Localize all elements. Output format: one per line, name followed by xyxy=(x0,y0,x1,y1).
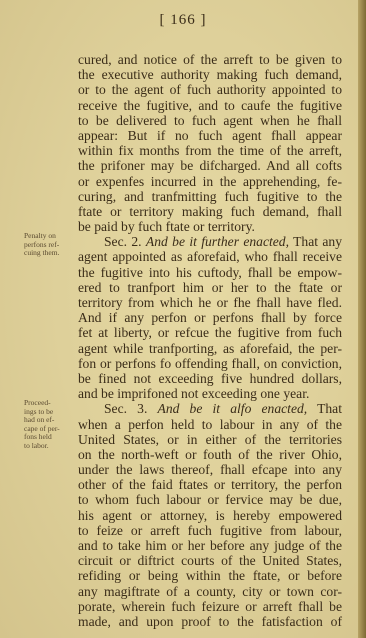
text-line: curing, and tranfmitting fuch fugitive t… xyxy=(78,189,342,204)
text-line: cured, and notice of the arreft to be gi… xyxy=(78,52,342,67)
text-line: on the north-weft or fouth of the river … xyxy=(78,447,342,462)
section-label: Sec. 3. xyxy=(104,401,147,416)
text-line: or to the agent of fuch authority appoin… xyxy=(78,82,342,97)
text-line: to be delivered to fuch agent when he fh… xyxy=(78,113,342,128)
paragraph-1: cured, and notice of the arreft to be gi… xyxy=(78,52,342,234)
text-line: agent appointed as aforefaid, who fhall … xyxy=(78,249,342,264)
text-line: appear: But if no fuch agent fhall appea… xyxy=(78,128,342,143)
margin-note-line: cuing them. xyxy=(24,249,76,258)
margin-note-line: to labor. xyxy=(24,442,76,451)
text-line: United States, or in either of the terri… xyxy=(78,432,342,447)
text-line: and be imprifoned not exceeding one year… xyxy=(78,386,342,401)
enacting-clause: And be it further enacted, xyxy=(146,234,289,249)
text-line: when a perfon held to labour in any of t… xyxy=(78,417,342,432)
page-number: [ 166 ] xyxy=(0,12,366,29)
section-label: Sec. 2. xyxy=(104,234,142,249)
text-line: refiding or being within the ftate, or b… xyxy=(78,568,342,583)
text-fragment: That xyxy=(317,401,342,416)
document-page: [ 166 ] Penalty on perfons ref- cuing th… xyxy=(0,0,366,638)
body-text: cured, and notice of the arreft to be gi… xyxy=(78,52,342,629)
section-3-heading-line: Sec. 3. And be it alfo enacted, That xyxy=(78,401,342,416)
text-line: fon or perfons fo offending fhall, on co… xyxy=(78,356,342,371)
text-line: circuit or diftrict courts of the United… xyxy=(78,553,342,568)
text-line: within fix months from the time of the a… xyxy=(78,143,342,158)
text-line: any magiftrate of a county, city or town… xyxy=(78,584,342,599)
text-line: be fined not exceeding five hundred doll… xyxy=(78,371,342,386)
text-line: or expenfes incurred in the apprehending… xyxy=(78,174,342,189)
text-line: And if any perfon or perfons fhall by fo… xyxy=(78,310,342,325)
text-line: the prifoner may be difcharged. And all … xyxy=(78,158,342,173)
text-line: made, and upon proof to the fatisfaction… xyxy=(78,614,342,629)
text-line: receive the fugitive, and to caufe the f… xyxy=(78,98,342,113)
section-3: Sec. 3. And be it alfo enacted, That whe… xyxy=(78,401,342,629)
text-line: his agent or attorney, is hereby empower… xyxy=(78,508,342,523)
section-2-heading-line: Sec. 2. And be it further enacted, That … xyxy=(78,234,342,249)
text-line: ered to tranfport him or her to the ftat… xyxy=(78,280,342,295)
text-line: the executive authority making fuch dema… xyxy=(78,67,342,82)
text-line: porate, wherein fuch feizure or arreft f… xyxy=(78,599,342,614)
text-line: agent while tranfporting, as aforefaid, … xyxy=(78,341,342,356)
text-line: fet at liberty, or refcue the fugitive f… xyxy=(78,325,342,340)
text-line: to feize or arreft fuch fugitive from la… xyxy=(78,523,342,538)
text-line: be paid by fuch ftate or territory. xyxy=(78,219,342,234)
text-line: and to take him or her before any judge … xyxy=(78,538,342,553)
margin-note-penalty: Penalty on perfons ref- cuing them. xyxy=(24,232,76,258)
text-line: under the laws thereof, fhall efcape int… xyxy=(78,462,342,477)
enacting-clause: And be it alfo enacted, xyxy=(158,401,308,416)
text-line: the fugitive into his cuftody, fhall be … xyxy=(78,265,342,280)
text-line: territory from which he or fhe fhall hav… xyxy=(78,295,342,310)
text-line: ftate or territory making fuch demand, f… xyxy=(78,204,342,219)
margin-note-proceedings: Proceed- ings to be had on ef- cape of p… xyxy=(24,399,76,450)
text-line: to whom fuch labour or fervice may be du… xyxy=(78,492,342,507)
text-line: other of the faid ftates or territory, t… xyxy=(78,477,342,492)
section-2: Sec. 2. And be it further enacted, That … xyxy=(78,234,342,401)
book-spine-shadow xyxy=(358,0,366,638)
text-fragment: That any xyxy=(293,234,342,249)
